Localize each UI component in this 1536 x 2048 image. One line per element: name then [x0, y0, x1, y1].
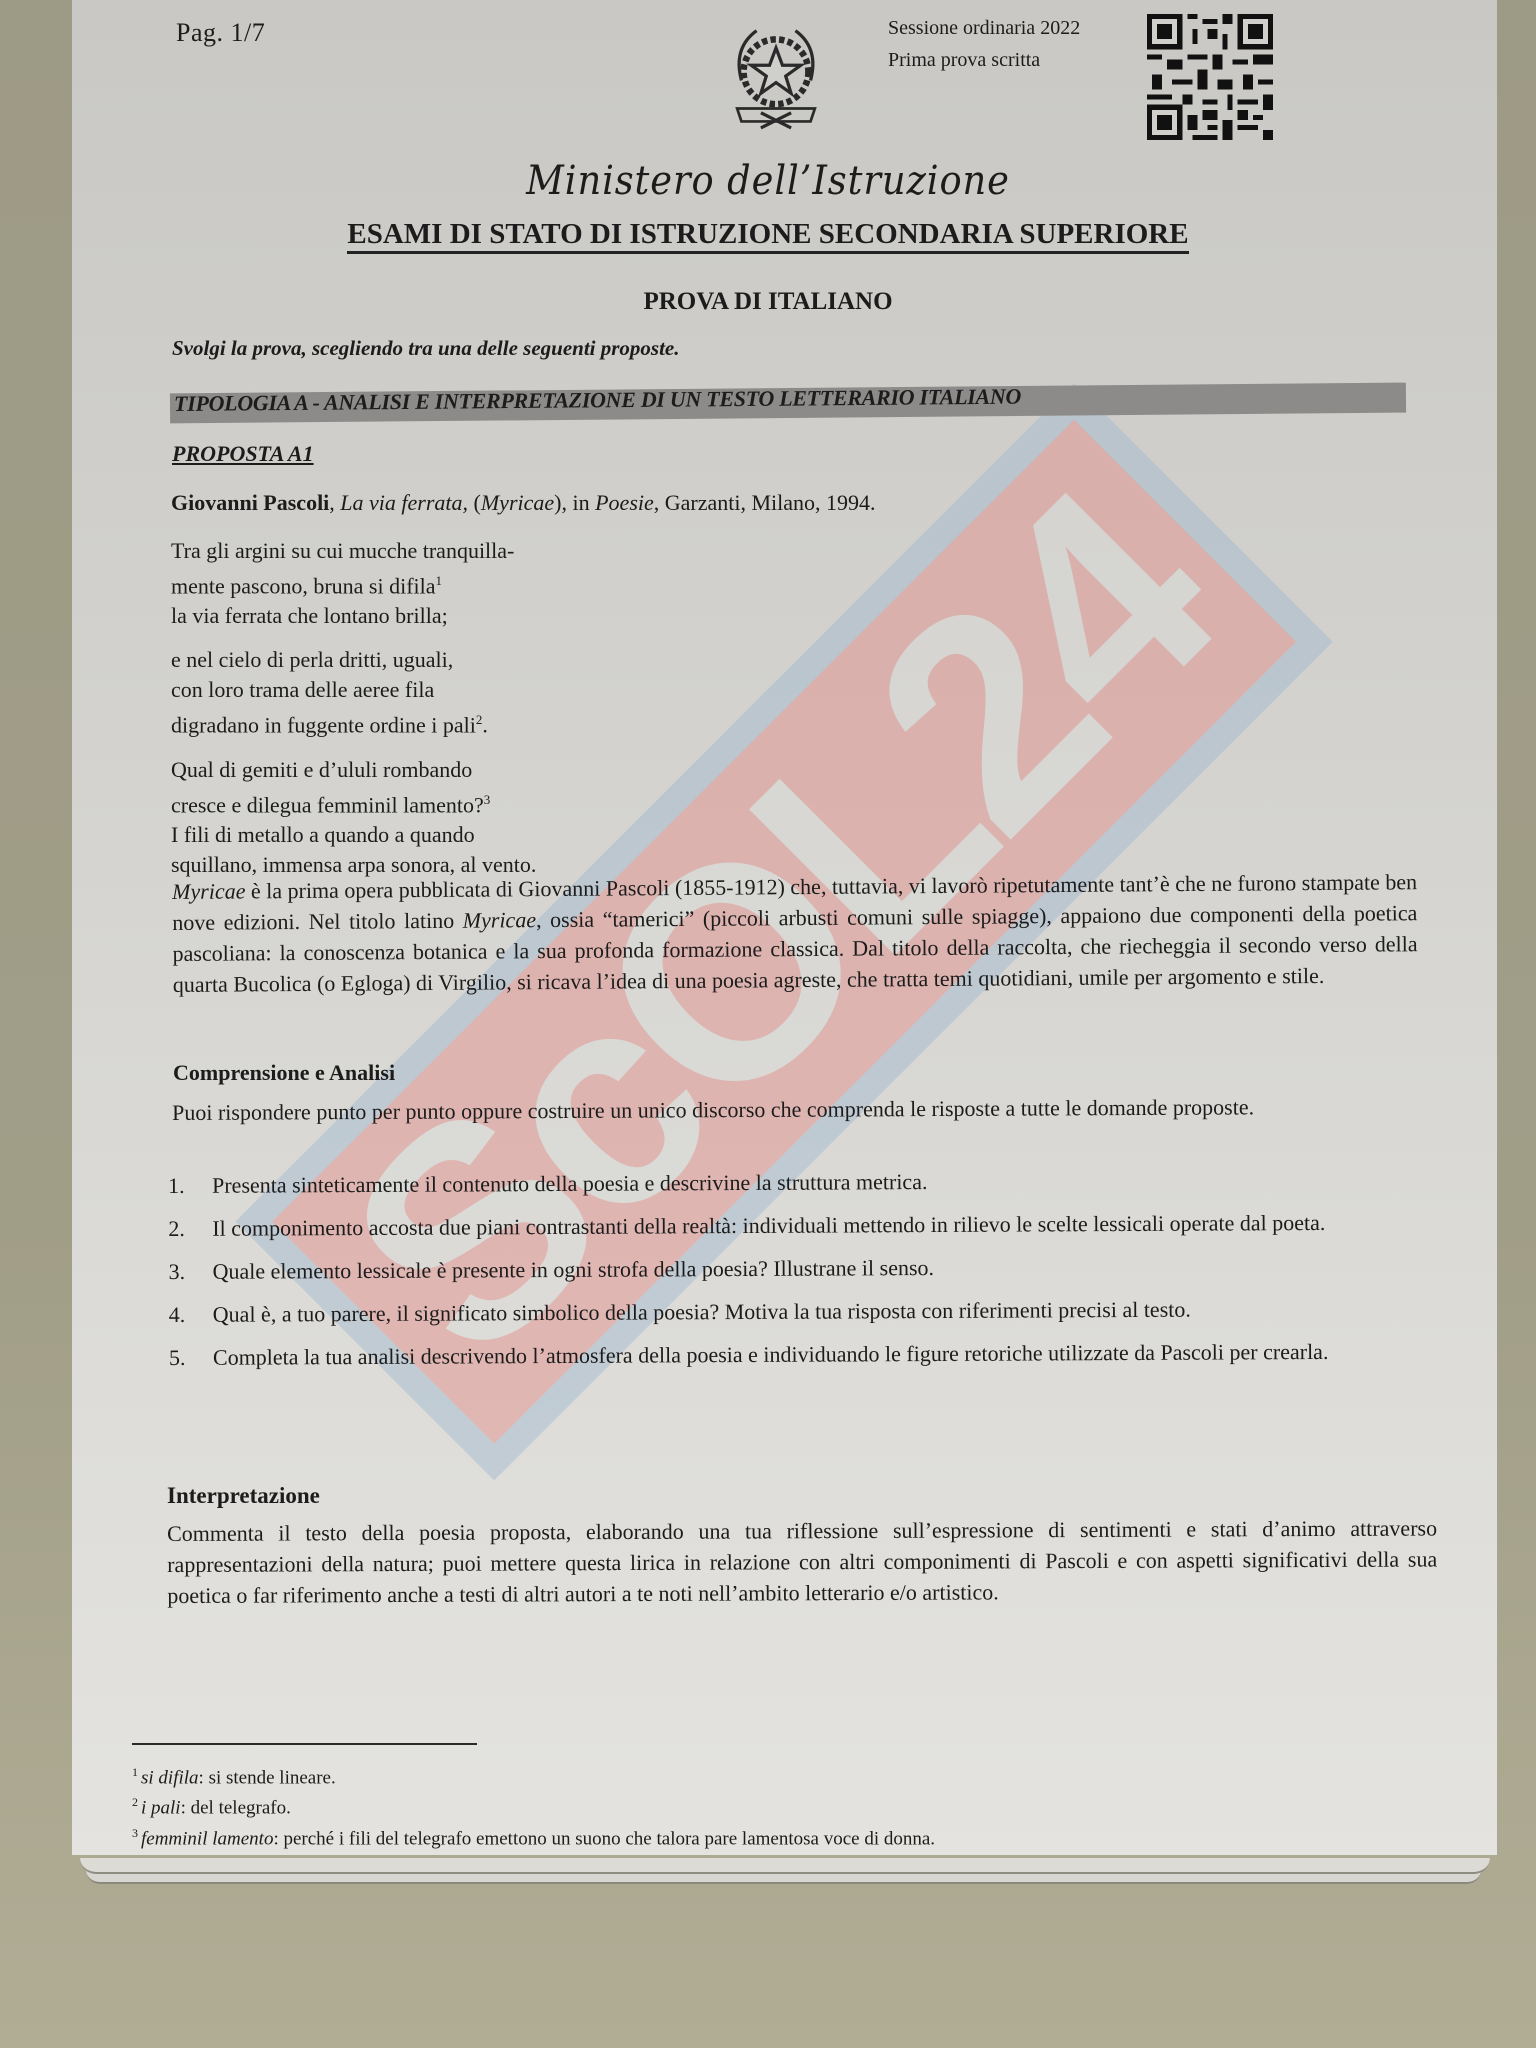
session-info: Sessione ordinaria 2022 Prima prova scri… — [888, 12, 1080, 76]
exam-title-text: ESAMI DI STATO DI ISTRUZIONE SECONDARIA … — [347, 218, 1188, 254]
separator: , — [329, 490, 340, 515]
question-item: 3.Quale elemento lessicale è presente in… — [168, 1249, 1424, 1287]
bibliographic-reference: Giovanni Pascoli, La via ferrata, (Myric… — [171, 490, 876, 516]
separator: ( — [468, 490, 481, 515]
qr-code-icon — [1144, 14, 1276, 140]
footnote: 2i pali: del telegrafo. — [132, 1790, 935, 1820]
verse: Tra gli argini su cui mucche tranquilla- — [171, 536, 536, 566]
author: Giovanni Pascoli — [171, 490, 329, 515]
stanza: Qual di gemiti e d’ululi rombando cresce… — [171, 755, 536, 880]
session-line: Sessione ordinaria 2022 — [888, 12, 1080, 44]
question-item: 4.Qual è, a tuo parere, il significato s… — [169, 1292, 1425, 1330]
instructions: Svolgi la prova, scegliendo tra una dell… — [172, 336, 680, 361]
exam-title: ESAMI DI STATO DI ISTRUZIONE SECONDARIA … — [0, 218, 1536, 251]
question-number: 3. — [168, 1256, 212, 1287]
question-item: 5.Completa la tua analisi descrivendo l’… — [169, 1335, 1425, 1373]
question-text: Qual è, a tuo parere, il significato sim… — [213, 1292, 1425, 1329]
verse: cresce e dilegua femminil lamento?3 — [171, 785, 536, 820]
question-text: Completa la tua analisi descrivendo l’at… — [213, 1335, 1425, 1372]
interpretation-heading: Interpretazione — [167, 1483, 320, 1509]
separator: ), in — [554, 490, 595, 515]
verse: e nel cielo di perla dritti, uguali, — [171, 645, 536, 675]
verse: I fili di metallo a quando a quando — [171, 820, 536, 850]
interpretation-text: Commenta il testo della poesia proposta,… — [167, 1512, 1437, 1611]
question-number: 2. — [168, 1213, 212, 1244]
publisher-info: , Garzanti, Milano, 1994. — [654, 490, 876, 515]
footnotes: 1si difila: si stende lineare. 2i pali: … — [132, 1760, 935, 1851]
proposal-title: PROPOSTA A1 — [172, 441, 314, 467]
book-title: Poesie — [595, 490, 654, 515]
question-number: 1. — [168, 1170, 212, 1201]
verse: digradano in fuggente ordine i pali2. — [171, 705, 536, 740]
session-line: Prima prova scritta — [888, 44, 1080, 76]
question-number: 5. — [169, 1342, 213, 1373]
poem: Tra gli argini su cui mucche tranquilla-… — [171, 536, 536, 894]
stanza: Tra gli argini su cui mucche tranquilla-… — [171, 536, 536, 631]
footnote-mark: 3 — [484, 792, 491, 807]
subject-title: PROVA DI ITALIANO — [0, 288, 1536, 316]
ministry-title: Ministero dell’Istruzione — [61, 158, 1474, 204]
question-text: Quale elemento lessicale è presente in o… — [212, 1249, 1424, 1286]
verse: Qual di gemiti e d’ululi rombando — [171, 755, 536, 785]
poem-title: La via ferrata, — [340, 490, 468, 515]
comprehension-instructions: Puoi rispondere punto per punto oppure c… — [172, 1090, 1420, 1128]
verse: la via ferrata che lontano brilla; — [171, 601, 536, 631]
question-item: 2.Il componimento accosta due piani cont… — [168, 1206, 1424, 1244]
stanza: e nel cielo di perla dritti, uguali, con… — [171, 645, 536, 740]
question-number: 4. — [169, 1299, 213, 1330]
question-item: 1.Presenta sinteticamente il contenuto d… — [168, 1163, 1424, 1201]
page-stack-edge — [80, 1858, 1490, 1874]
question-text: Il componimento accosta due piani contra… — [212, 1206, 1424, 1243]
question-list: 1.Presenta sinteticamente il contenuto d… — [168, 1163, 1425, 1385]
footnote: 1si difila: si stende lineare. — [132, 1760, 935, 1790]
verse: con loro trama delle aeree fila — [171, 675, 536, 705]
collection-title: Myricae — [481, 490, 554, 515]
footnote-divider — [132, 1743, 477, 1745]
page-number: Pag. 1/7 — [176, 18, 265, 48]
italian-republic-emblem-icon — [722, 15, 830, 135]
footnote-mark: 1 — [436, 573, 443, 588]
comprehension-heading: Comprensione e Analisi — [173, 1060, 395, 1086]
question-text: Presenta sinteticamente il contenuto del… — [212, 1163, 1424, 1200]
footnote: 3femminil lamento: perché i fili del tel… — [132, 1821, 935, 1851]
introduction-paragraph: Myricae è la prima opera pubblicata di G… — [172, 866, 1418, 1000]
verse: mente pascono, bruna si difila1 — [171, 566, 536, 601]
